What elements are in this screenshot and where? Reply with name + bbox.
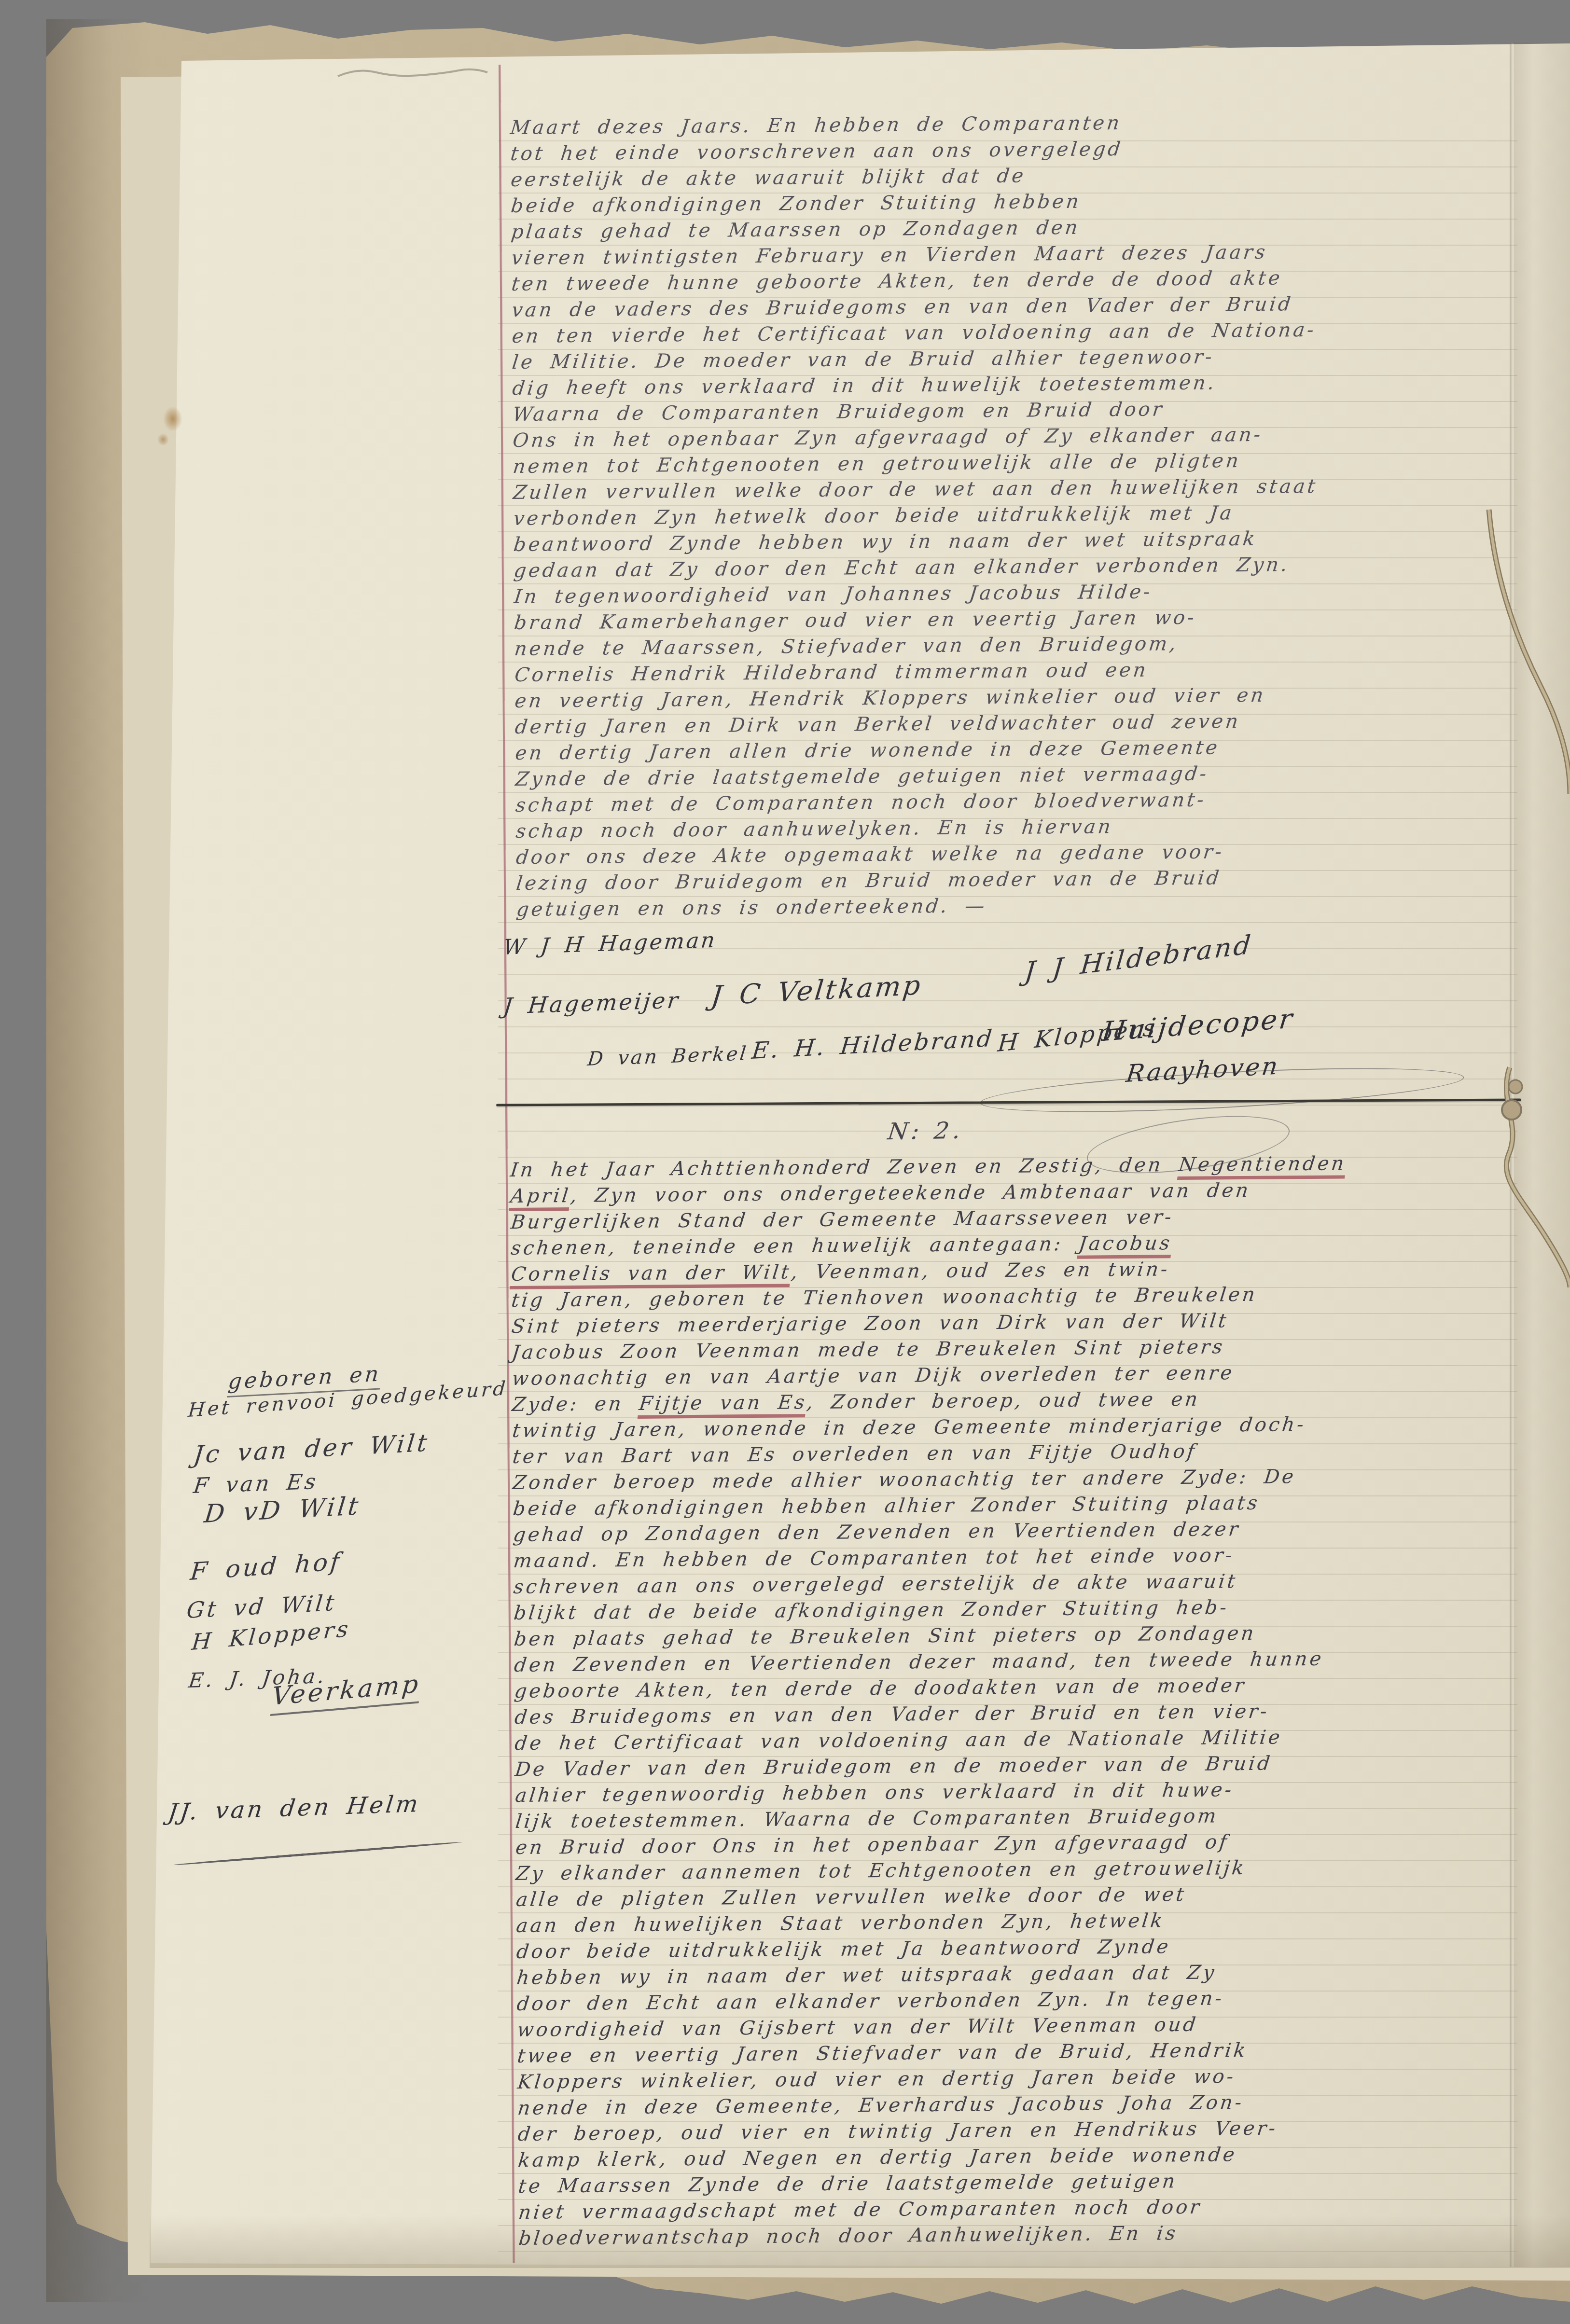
archival-scan: Maart dezes Jaars. En hebben de Comparan… <box>0 0 1570 2324</box>
manuscript-line-segment: getuigen en ons is onderteekend. — <box>515 895 988 921</box>
manuscript-line-segment: en ten vierde het Certificaat van voldoe… <box>511 319 1317 347</box>
manuscript-line-segment: Zonder beroep mede alhier woonachtig ter… <box>512 1466 1297 1494</box>
manuscript-line-segment: schenen, teneinde een huwelijk aantegaan… <box>510 1233 1080 1259</box>
manuscript-line-segment: gehad op Zondagen den Zevenden en Veerti… <box>512 1518 1242 1546</box>
manuscript-line-segment: den Zevenden en Veertienden dezer maand,… <box>513 1648 1325 1676</box>
manuscript-line-segment: schreven aan ons overgelegd eerstelijk d… <box>513 1570 1239 1598</box>
manuscript-line-segment: Burgerlijken Stand der Gemeente Maarssev… <box>510 1206 1175 1233</box>
manuscript-line-segment: blijkt dat de beide afkondigingen Zonder… <box>513 1596 1230 1624</box>
manuscript-line-segment: De Vader van den Bruidegom en de moeder … <box>514 1753 1274 1781</box>
manuscript-line-segment: schapt met de Comparanten noch door bloe… <box>514 789 1208 816</box>
manuscript-line-segment: door ons deze Akte opgemaakt welke na ge… <box>515 841 1225 869</box>
manuscript-line-segment: dertig Jaren en Dirk van Berkel veldwach… <box>514 710 1242 738</box>
act-number-heading: N: 2. <box>886 1117 966 1146</box>
manuscript-line-segment: door den Echt aan elkander verbonden Zyn… <box>515 1987 1225 2015</box>
manuscript-line-segment: der beroep, oud vier en twintig Jaren en… <box>517 2117 1279 2145</box>
manuscript-line-segment: verbonden Zyn hetwelk door beide uitdruk… <box>512 502 1235 530</box>
manuscript-line-segment: hebben wy in naam der wet uitspraak geda… <box>515 1962 1218 1989</box>
manuscript-line-segment: maand. En hebben de Comparanten tot het … <box>512 1544 1236 1572</box>
manuscript-line-segment: te Maarssen Zynde de drie laatstgemelde … <box>517 2170 1179 2198</box>
manuscript-line-segment: Zynde de drie laatstgemelde getuigen nie… <box>514 763 1210 790</box>
red-underlined-text: Jacobus <box>1077 1232 1173 1259</box>
manuscript-line-segment: en dertig Jaren allen drie wonende in de… <box>514 736 1221 764</box>
manuscript-line-segment: en Bruid door Ons in het openbaar Zyn af… <box>514 1831 1230 1859</box>
manuscript-line-segment: kamp klerk, oud Negen en dertig Jaren be… <box>517 2144 1238 2172</box>
manuscript-line-segment: de het Certificaat van voldoening aan de… <box>514 1726 1283 1755</box>
manuscript-line-segment: twee en veertig Jaren Stiefvader van de … <box>516 2039 1249 2067</box>
manuscript-line-segment: , Veenman, oud Zes en twin- <box>790 1258 1171 1283</box>
manuscript-line-segment: ben plaats gehad te Breukelen Sint piete… <box>513 1622 1257 1650</box>
act2-manuscript-text: In het Jaar Achttienhonderd Zeven en Zes… <box>509 1149 1531 2252</box>
manuscript-line-segment: gedaan dat Zy door den Echt aan elkander… <box>513 553 1291 582</box>
manuscript-line-segment: dig heeft ons verklaard in dit huwelijk … <box>511 372 1218 399</box>
manuscript-line-segment: ter van Bart van Es overleden en van Fij… <box>512 1440 1198 1468</box>
act1-manuscript-text: Maart dezes Jaars. En hebben de Comparan… <box>509 107 1528 923</box>
manuscript-line-segment: Sint pieters meerderjarige Zoon van Dirk… <box>510 1310 1230 1338</box>
manuscript-line-segment: nende in deze Gemeente, Everhardus Jacob… <box>516 2091 1245 2119</box>
manuscript-line-segment: In het Jaar Achttienhonderd Zeven en Zes… <box>509 1154 1180 1181</box>
page-bottom-shadow <box>150 2215 1570 2268</box>
manuscript-line-segment: Zy elkander aannemen tot Echtgenooten en… <box>514 1857 1247 1885</box>
manuscript-line-segment: Zyde: en <box>511 1393 640 1416</box>
manuscript-line-segment: tig Jaren, geboren te Tienhoven woonacht… <box>510 1284 1258 1312</box>
manuscript-line-segment: beantwoord Zynde hebben wy in naam der w… <box>513 528 1259 556</box>
manuscript-line-segment: eerstelijk de akte waaruit blijkt dat de <box>510 165 1027 191</box>
manuscript-line-segment: alle de pligten Zullen vervullen welke d… <box>515 1883 1188 1911</box>
manuscript-line-segment: plaats gehad te Maarssen op Zondagen den <box>510 217 1082 243</box>
manuscript-line-segment: Zullen vervullen welke door de wet aan d… <box>512 475 1319 504</box>
manuscript-line-segment: ten tweede hunne geboorte Akten, ten der… <box>510 267 1283 295</box>
manuscript-line-segment: , Zyn voor ons ondergeteekende Ambtenaar… <box>570 1179 1252 1207</box>
manuscript-line-segment: nemen tot Echtgenooten en getrouwelijk a… <box>512 450 1242 478</box>
manuscript-line-segment: schap noch door aanhuwelyken. En is hier… <box>514 816 1114 843</box>
manuscript-line-segment: en veertig Jaren, Hendrik Kloppers winke… <box>514 684 1267 712</box>
manuscript-line-segment: Jacobus Zoon Veenman mede te Breukelen S… <box>511 1336 1226 1364</box>
manuscript-line-segment: geboorte Akten, ten derde de doodakten v… <box>513 1674 1247 1702</box>
manuscript-line-segment: Kloppers winkelier, oud vier en dertig J… <box>516 2065 1237 2093</box>
manuscript-line-segment: tot het einde voorschreven aan ons overg… <box>509 138 1124 165</box>
manuscript-line-segment: alhier tegenwoordig hebben ons verklaard… <box>514 1779 1235 1807</box>
manuscript-line-segment: Maart dezes Jaars. En hebben de Comparan… <box>509 112 1123 139</box>
manuscript-line-segment: van de vaders des Bruidegoms en van den … <box>511 293 1294 321</box>
manuscript-line-segment: des Bruidegoms en van den Vader der Brui… <box>514 1701 1271 1729</box>
manuscript-line-segment: aan den huwelijken Staat verbonden Zyn, … <box>515 1909 1166 1937</box>
manuscript-line-segment: brand Kamerbehanger oud vier en veertig … <box>513 607 1198 634</box>
manuscript-line-segment: Cornelis Hendrik Hildebrand timmerman ou… <box>514 659 1150 686</box>
manuscript-line-segment: lijk toetestemmen. Waarna de Comparanten… <box>514 1805 1220 1832</box>
manuscript-line-segment: vieren twintigsten February en Vierden M… <box>510 241 1269 269</box>
manuscript-line-segment: beide afkondigingen Zonder Stuiting hebb… <box>510 191 1082 217</box>
manuscript-line-segment: le Militie. De moeder van de Bruid alhie… <box>511 346 1216 373</box>
ink-stain <box>157 433 169 446</box>
manuscript-line-segment: nende te Maarssen, Stiefvader van den Br… <box>513 633 1179 660</box>
manuscript-line-segment: lezing door Bruidegom en Bruid moeder va… <box>515 867 1223 895</box>
manuscript-line-segment: woonachtig en van Aartje van Dijk overle… <box>511 1362 1236 1390</box>
red-underlined-text: Negentienden <box>1177 1152 1348 1180</box>
ink-stain <box>163 406 182 431</box>
manuscript-line-segment: Ons in het openbaar Zyn afgevraagd of Zy… <box>512 424 1264 452</box>
manuscript-line-segment: woordigheid van Gijsbert van der Wilt Ve… <box>516 2014 1199 2041</box>
manuscript-line-segment: twintig Jaren, wonende in deze Gemeente … <box>511 1413 1307 1442</box>
manuscript-line-segment: beide afkondigingen hebben alhier Zonder… <box>512 1492 1261 1520</box>
manuscript-line-segment: Waarna de Comparanten Bruidegom en Bruid… <box>512 398 1166 426</box>
manuscript-line-segment: In tegenwoordigheid van Johannes Jacobus… <box>513 581 1154 608</box>
manuscript-line-segment: , Zonder beroep, oud twee en <box>806 1388 1201 1413</box>
manuscript-line-segment: door beide uitdrukkelijk met Ja beantwoo… <box>515 1936 1172 1963</box>
red-underlined-text: Fijtje van Es <box>638 1391 808 1419</box>
margin-signature-bride: F van Es <box>192 1469 320 1498</box>
red-underlined-text: April <box>509 1185 571 1211</box>
